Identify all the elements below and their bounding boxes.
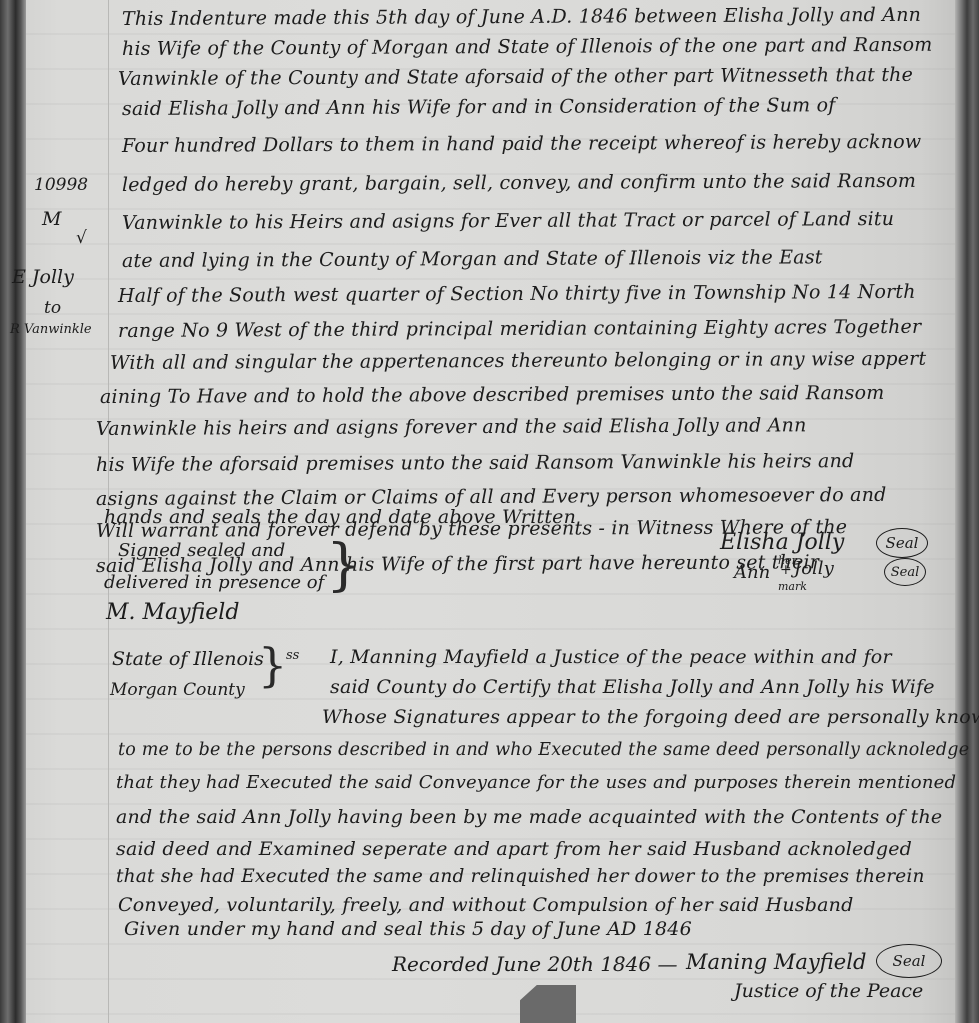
body-line: range No 9 West of the third principal m… [118,316,921,342]
signature-ann-first: Ann [734,562,770,583]
mark-cross-icon: + [780,562,792,578]
attestation-line1: Signed sealed and [118,540,285,561]
witness-signature: M. Mayfield [106,600,239,625]
body-line: Four hundred Dollars to them in hand pai… [122,131,921,157]
deed-page-scan: This Indenture made this 5th day of June… [0,0,979,1023]
venue-ss: ss [286,648,299,663]
venue-state: State of Illenois [112,648,264,670]
justice-title: Justice of the Peace [734,980,923,1002]
attestation-line2: delivered in presence of [104,572,324,593]
ack-line: that she had Executed the same and relin… [116,866,925,887]
body-line: aining To Have and to hold the above des… [100,382,885,408]
ack-line: that they had Executed the said Conveyan… [116,772,956,793]
body-line: Vanwinkle to his Heirs and asigns for Ev… [122,208,894,234]
seal-icon: Seal [876,944,942,978]
scan-shadow [520,985,576,1023]
body-line: With all and singular the appertenances … [110,348,926,374]
ack-line: I, Manning Mayfield a Justice of the pea… [330,646,892,668]
ack-line: said deed and Examined seperate and apar… [116,838,912,860]
margin-to: to [44,298,61,318]
margin-initial: M [42,208,61,230]
margin-grantee: R Vanwinkle [10,322,92,337]
record-number: 10998 [34,175,88,195]
check-mark-icon: √ [76,228,87,248]
body-line: This Indenture made this 5th day of June… [122,4,921,30]
ack-line: Whose Signatures appear to the forgoing … [322,706,979,728]
brace-icon: } [326,538,362,594]
book-binding-left [0,0,26,1023]
ack-line: Given under my hand and seal this 5 day … [124,918,692,940]
recorded-date: Recorded June 20th 1846 — [392,952,677,976]
justice-signature: Maning Mayfield [686,950,866,974]
ack-line: to me to be the persons described in and… [118,740,969,760]
ack-line: said County do Certify that Elisha Jolly… [330,676,935,698]
signature-ann-mark-label: mark [778,580,807,593]
body-line-closing: hands and seals the day and date above W… [104,506,576,528]
venue-county: Morgan County [110,680,245,700]
signature-elisha-jolly: Elisha Jolly [720,530,844,555]
signature-ann-last: Jolly [794,558,834,579]
book-binding-right [955,0,979,1023]
brace-icon: } [258,642,287,688]
body-line: Vanwinkle his heirs and asigns forever a… [96,414,807,440]
seal-icon: Seal [876,528,928,558]
ack-line: and the said Ann Jolly having been by me… [116,806,942,828]
margin-grantor: E Jolly [12,266,74,288]
body-line: his Wife the aforsaid premises unto the … [96,450,854,476]
body-line: said Elisha Jolly and Ann his Wife for a… [122,94,836,120]
body-line: Vanwinkle of the County and State aforsa… [118,64,913,90]
body-line: ledged do hereby grant, bargain, sell, c… [122,170,916,196]
ack-line: Conveyed, voluntarily, freely, and witho… [118,894,853,916]
body-line: Half of the South west quarter of Sectio… [118,281,916,307]
seal-icon: Seal [884,558,926,586]
body-line: ate and lying in the County of Morgan an… [122,246,823,272]
body-line: his Wife of the County of Morgan and Sta… [122,34,933,60]
